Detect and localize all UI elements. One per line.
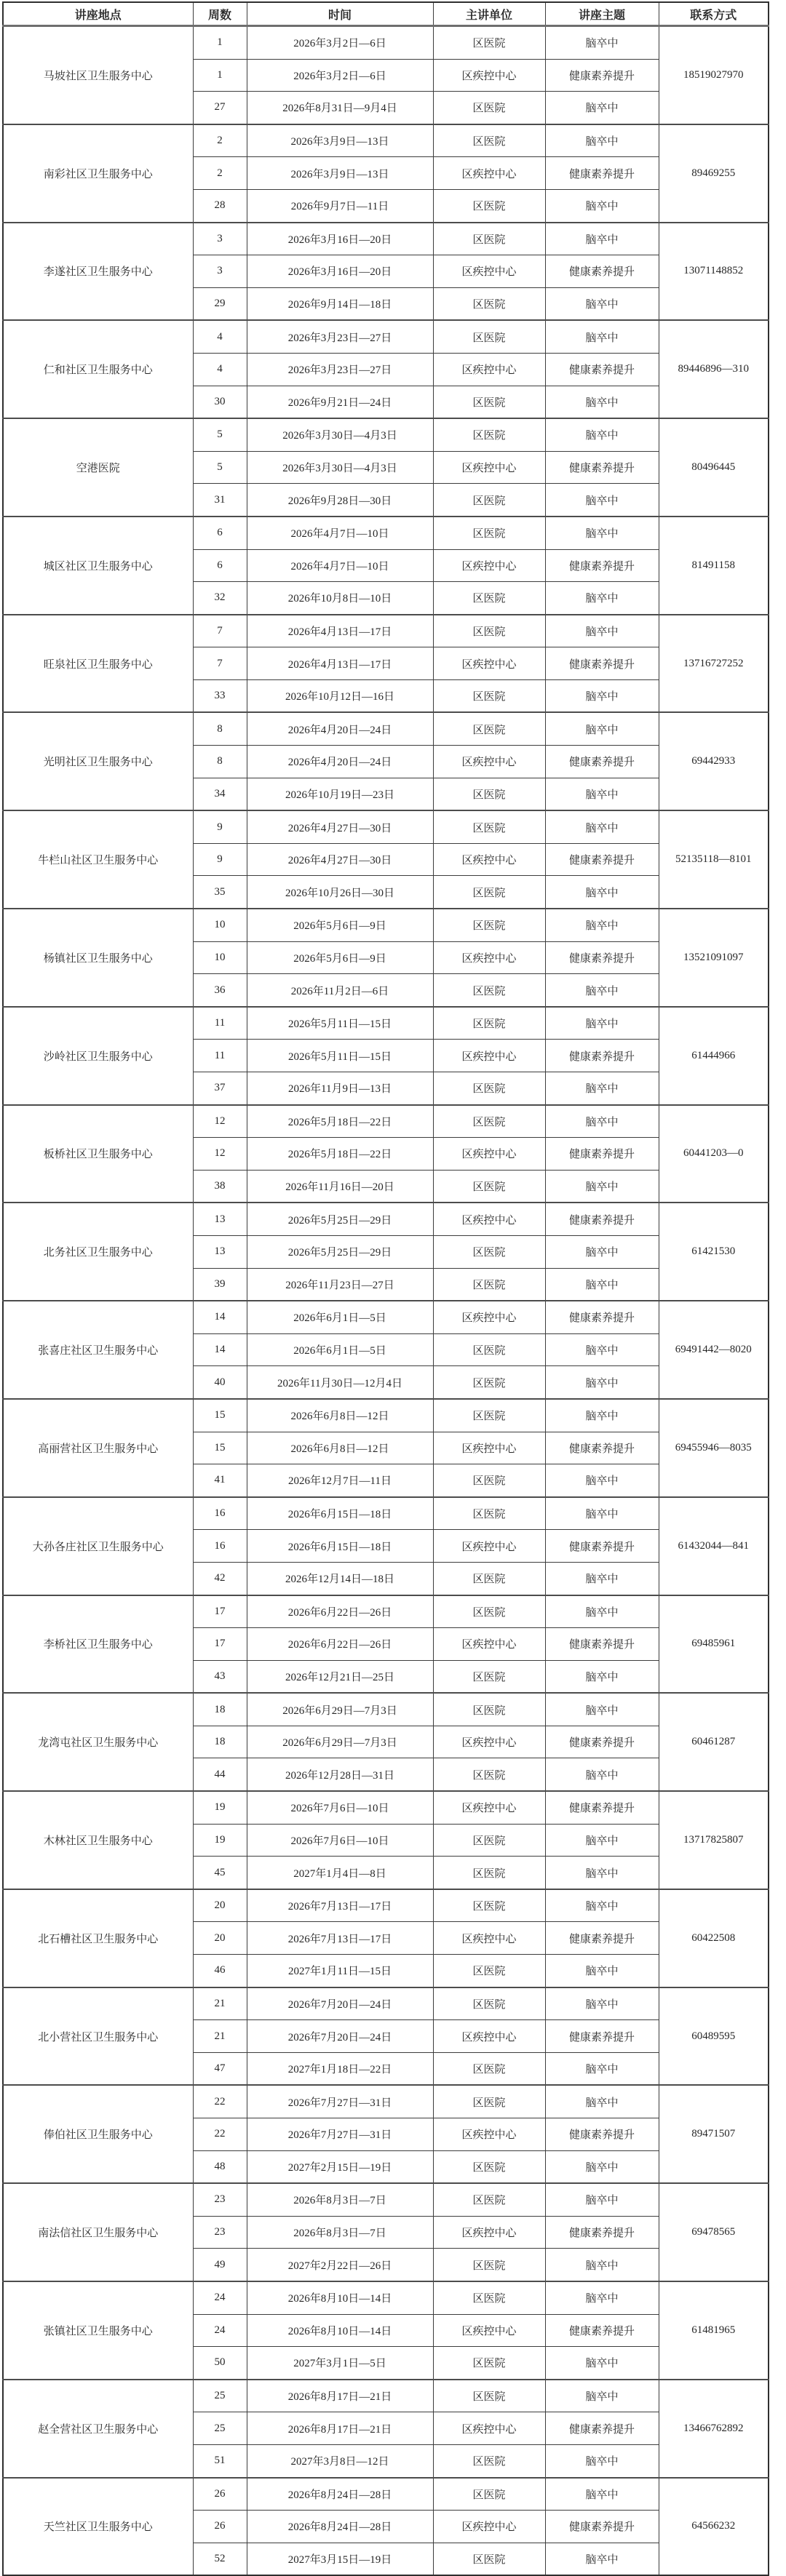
schedule-row: 马坡社区卫生服务中心12026年3月2日—6日区医院脑卒中18519027970 — [3, 26, 769, 60]
topic-cell: 健康素养提升 — [545, 255, 659, 288]
time-cell: 2026年10月19日—23日 — [247, 778, 433, 810]
unit-cell: 区疾控中心 — [433, 647, 545, 680]
contact-cell: 61421530 — [659, 1203, 769, 1301]
unit-cell: 区医院 — [433, 26, 545, 60]
topic-cell: 脑卒中 — [545, 1955, 659, 1987]
week-cell: 42 — [193, 1562, 247, 1595]
unit-cell: 区医院 — [433, 1758, 545, 1791]
week-cell: 13 — [193, 1235, 247, 1268]
topic-cell: 脑卒中 — [545, 287, 659, 320]
topic-cell: 脑卒中 — [545, 2444, 659, 2477]
time-cell: 2026年8月10日—14日 — [247, 2314, 433, 2347]
unit-cell: 区医院 — [433, 1824, 545, 1857]
contact-cell: 69455946—8035 — [659, 1399, 769, 1497]
week-cell: 1 — [193, 26, 247, 60]
week-cell: 51 — [193, 2444, 247, 2477]
location-cell: 北小营社区卫生服务中心 — [3, 1987, 193, 2086]
week-cell: 21 — [193, 1987, 247, 2020]
week-cell: 49 — [193, 2249, 247, 2281]
schedule-row: 空港医院52026年3月30日—4月3日区医院脑卒中80496445 — [3, 418, 769, 451]
week-cell: 41 — [193, 1464, 247, 1497]
time-cell: 2026年4月7日—10日 — [247, 549, 433, 582]
unit-cell: 区疾控中心 — [433, 2020, 545, 2053]
time-cell: 2026年6月8日—12日 — [247, 1399, 433, 1432]
week-cell: 7 — [193, 647, 247, 680]
unit-cell: 区医院 — [433, 712, 545, 745]
week-cell: 16 — [193, 1497, 247, 1530]
contact-cell: 64566232 — [659, 2478, 769, 2576]
time-cell: 2026年3月2日—6日 — [247, 26, 433, 60]
time-cell: 2026年6月15日—18日 — [247, 1530, 433, 1563]
time-cell: 2026年5月11日—15日 — [247, 1007, 433, 1040]
topic-cell: 脑卒中 — [545, 189, 659, 222]
time-cell: 2026年3月16日—20日 — [247, 223, 433, 255]
unit-cell: 区医院 — [433, 1399, 545, 1432]
week-cell: 20 — [193, 1889, 247, 1922]
schedule-row: 龙湾屯社区卫生服务中心182026年6月29日—7月3日区医院脑卒中604612… — [3, 1693, 769, 1726]
topic-cell: 健康素养提升 — [545, 1530, 659, 1563]
week-cell: 14 — [193, 1333, 247, 1366]
unit-cell: 区医院 — [433, 189, 545, 222]
unit-cell: 区医院 — [433, 92, 545, 124]
unit-cell: 区医院 — [433, 1366, 545, 1399]
topic-cell: 脑卒中 — [545, 2543, 659, 2575]
unit-cell: 区医院 — [433, 386, 545, 418]
unit-cell: 区医院 — [433, 484, 545, 517]
contact-cell: 61481965 — [659, 2281, 769, 2380]
time-cell: 2026年6月29日—7月3日 — [247, 1693, 433, 1726]
unit-cell: 区医院 — [433, 418, 545, 451]
time-cell: 2026年6月8日—12日 — [247, 1432, 433, 1464]
contact-cell: 81491158 — [659, 517, 769, 615]
topic-cell: 脑卒中 — [545, 582, 659, 615]
unit-cell: 区医院 — [433, 320, 545, 353]
schedule-row: 城区社区卫生服务中心62026年4月7日—10日区医院脑卒中81491158 — [3, 517, 769, 549]
week-cell: 12 — [193, 1105, 247, 1138]
contact-cell: 89446896—310 — [659, 320, 769, 418]
topic-cell: 脑卒中 — [545, 124, 659, 157]
schedule-row: 高丽营社区卫生服务中心152026年6月8日—12日区医院脑卒中69455946… — [3, 1399, 769, 1432]
unit-cell: 区疾控中心 — [433, 549, 545, 582]
contact-cell: 18519027970 — [659, 26, 769, 124]
time-cell: 2026年5月18日—22日 — [247, 1105, 433, 1138]
topic-cell: 脑卒中 — [545, 2347, 659, 2380]
time-cell: 2026年3月2日—6日 — [247, 59, 433, 92]
week-cell: 45 — [193, 1857, 247, 1889]
location-cell: 牛栏山社区卫生服务中心 — [3, 810, 193, 909]
contact-cell: 80496445 — [659, 418, 769, 517]
time-cell: 2027年2月15日—19日 — [247, 2150, 433, 2183]
unit-cell: 区疾控中心 — [433, 255, 545, 288]
schedule-row: 沙岭社区卫生服务中心112026年5月11日—15日区医院脑卒中61444966 — [3, 1007, 769, 1040]
unit-cell: 区疾控中心 — [433, 2216, 545, 2249]
unit-cell: 区医院 — [433, 876, 545, 909]
topic-cell: 脑卒中 — [545, 679, 659, 712]
unit-cell: 区医院 — [433, 1693, 545, 1726]
week-cell: 19 — [193, 1791, 247, 1824]
contact-cell: 13521091097 — [659, 909, 769, 1007]
week-cell: 25 — [193, 2380, 247, 2412]
topic-cell: 脑卒中 — [545, 1464, 659, 1497]
time-cell: 2026年8月31日—9月4日 — [247, 92, 433, 124]
unit-cell: 区医院 — [433, 2183, 545, 2216]
time-cell: 2026年5月6日—9日 — [247, 909, 433, 941]
week-cell: 39 — [193, 1268, 247, 1301]
unit-cell: 区疾控中心 — [433, 1791, 545, 1824]
time-cell: 2026年12月14日—18日 — [247, 1562, 433, 1595]
time-cell: 2026年5月6日—9日 — [247, 941, 433, 974]
unit-cell: 区医院 — [433, 1105, 545, 1138]
time-cell: 2026年3月30日—4月3日 — [247, 451, 433, 484]
week-cell: 47 — [193, 2052, 247, 2085]
topic-cell: 健康素养提升 — [545, 2118, 659, 2151]
contact-cell: 13716727252 — [659, 615, 769, 713]
week-cell: 9 — [193, 843, 247, 876]
location-cell: 北石槽社区卫生服务中心 — [3, 1889, 193, 1987]
time-cell: 2026年8月17日—21日 — [247, 2380, 433, 2412]
week-cell: 15 — [193, 1399, 247, 1432]
schedule-row: 赵全营社区卫生服务中心252026年8月17日—21日区医院脑卒中1346676… — [3, 2380, 769, 2412]
header-location: 讲座地点 — [3, 2, 193, 26]
topic-cell: 健康素养提升 — [545, 1791, 659, 1824]
location-cell: 南法信社区卫生服务中心 — [3, 2183, 193, 2281]
time-cell: 2026年8月3日—7日 — [247, 2216, 433, 2249]
week-cell: 6 — [193, 549, 247, 582]
unit-cell: 区医院 — [433, 1660, 545, 1693]
unit-cell: 区医院 — [433, 2380, 545, 2412]
week-cell: 11 — [193, 1040, 247, 1072]
unit-cell: 区疾控中心 — [433, 157, 545, 190]
topic-cell: 脑卒中 — [545, 92, 659, 124]
unit-cell: 区疾控中心 — [433, 451, 545, 484]
contact-cell: 52135118—8101 — [659, 810, 769, 909]
location-cell: 南彩社区卫生服务中心 — [3, 124, 193, 223]
week-cell: 37 — [193, 1072, 247, 1105]
location-cell: 赵全营社区卫生服务中心 — [3, 2380, 193, 2478]
week-cell: 10 — [193, 909, 247, 941]
contact-cell: 60489595 — [659, 1987, 769, 2086]
topic-cell: 健康素养提升 — [545, 451, 659, 484]
location-cell: 城区社区卫生服务中心 — [3, 517, 193, 615]
week-cell: 52 — [193, 2543, 247, 2575]
topic-cell: 脑卒中 — [545, 484, 659, 517]
contact-cell: 13466762892 — [659, 2380, 769, 2478]
topic-cell: 脑卒中 — [545, 2085, 659, 2118]
time-cell: 2027年1月11日—15日 — [247, 1955, 433, 1987]
topic-cell: 脑卒中 — [545, 2183, 659, 2216]
week-cell: 14 — [193, 1301, 247, 1333]
contact-cell: 13717825807 — [659, 1791, 769, 1889]
topic-cell: 脑卒中 — [545, 1987, 659, 2020]
table-body: 马坡社区卫生服务中心12026年3月2日—6日区医院脑卒中18519027970… — [3, 26, 769, 2576]
topic-cell: 脑卒中 — [545, 26, 659, 60]
schedule-row: 北小营社区卫生服务中心212026年7月20日—24日区医院脑卒中6048959… — [3, 1987, 769, 2020]
topic-cell: 脑卒中 — [545, 712, 659, 745]
time-cell: 2026年7月13日—17日 — [247, 1889, 433, 1922]
unit-cell: 区医院 — [433, 2444, 545, 2477]
topic-cell: 健康素养提升 — [545, 2412, 659, 2445]
unit-cell: 区医院 — [433, 1235, 545, 1268]
time-cell: 2026年8月17日—21日 — [247, 2412, 433, 2445]
unit-cell: 区医院 — [433, 1857, 545, 1889]
topic-cell: 健康素养提升 — [545, 2511, 659, 2543]
topic-cell: 脑卒中 — [545, 1072, 659, 1105]
unit-cell: 区疾控中心 — [433, 1530, 545, 1563]
week-cell: 31 — [193, 484, 247, 517]
header-row: 讲座地点 周数 时间 主讲单位 讲座主题 联系方式 — [3, 2, 769, 26]
week-cell: 17 — [193, 1595, 247, 1628]
topic-cell: 健康素养提升 — [545, 746, 659, 778]
header-topic: 讲座主题 — [545, 2, 659, 26]
time-cell: 2026年4月7日—10日 — [247, 517, 433, 549]
unit-cell: 区医院 — [433, 2052, 545, 2085]
schedule-row: 俸伯社区卫生服务中心222026年7月27日—31日区医院脑卒中89471507 — [3, 2085, 769, 2118]
contact-cell: 60461287 — [659, 1693, 769, 1791]
header-week: 周数 — [193, 2, 247, 26]
schedule-row: 南法信社区卫生服务中心232026年8月3日—7日区医院脑卒中69478565 — [3, 2183, 769, 2216]
schedule-row: 仁和社区卫生服务中心42026年3月23日—27日区医院脑卒中89446896—… — [3, 320, 769, 353]
unit-cell: 区疾控中心 — [433, 2118, 545, 2151]
week-cell: 46 — [193, 1955, 247, 1987]
week-cell: 3 — [193, 223, 247, 255]
time-cell: 2026年4月27日—30日 — [247, 843, 433, 876]
time-cell: 2026年9月21日—24日 — [247, 386, 433, 418]
time-cell: 2027年3月1日—5日 — [247, 2347, 433, 2380]
time-cell: 2026年11月23日—27日 — [247, 1268, 433, 1301]
time-cell: 2027年2月22日—26日 — [247, 2249, 433, 2281]
schedule-row: 大孙各庄社区卫生服务中心162026年6月15日—18日区医院脑卒中614320… — [3, 1497, 769, 1530]
header-time: 时间 — [247, 2, 433, 26]
unit-cell: 区医院 — [433, 2543, 545, 2575]
location-cell: 光明社区卫生服务中心 — [3, 712, 193, 810]
time-cell: 2026年7月20日—24日 — [247, 1987, 433, 2020]
unit-cell: 区疾控中心 — [433, 1040, 545, 1072]
topic-cell: 脑卒中 — [545, 1366, 659, 1399]
week-cell: 44 — [193, 1758, 247, 1791]
topic-cell: 脑卒中 — [545, 909, 659, 941]
topic-cell: 健康素养提升 — [545, 1726, 659, 1758]
time-cell: 2026年4月20日—24日 — [247, 746, 433, 778]
lecture-schedule-document: 讲座地点 周数 时间 主讲单位 讲座主题 联系方式 马坡社区卫生服务中心1202… — [0, 0, 786, 2576]
unit-cell: 区医院 — [433, 2281, 545, 2314]
topic-cell: 脑卒中 — [545, 386, 659, 418]
location-cell: 俸伯社区卫生服务中心 — [3, 2085, 193, 2183]
week-cell: 23 — [193, 2183, 247, 2216]
time-cell: 2026年9月28日—30日 — [247, 484, 433, 517]
location-cell: 李遂社区卫生服务中心 — [3, 223, 193, 321]
location-cell: 板桥社区卫生服务中心 — [3, 1105, 193, 1203]
week-cell: 20 — [193, 1922, 247, 1955]
time-cell: 2026年7月27日—31日 — [247, 2085, 433, 2118]
time-cell: 2026年9月14日—18日 — [247, 287, 433, 320]
topic-cell: 脑卒中 — [545, 517, 659, 549]
topic-cell: 脑卒中 — [545, 1333, 659, 1366]
topic-cell: 健康素养提升 — [545, 1432, 659, 1464]
week-cell: 21 — [193, 2020, 247, 2053]
topic-cell: 健康素养提升 — [545, 1922, 659, 1955]
time-cell: 2026年3月9日—13日 — [247, 157, 433, 190]
week-cell: 6 — [193, 517, 247, 549]
unit-cell: 区医院 — [433, 615, 545, 647]
week-cell: 7 — [193, 615, 247, 647]
contact-cell: 89469255 — [659, 124, 769, 223]
unit-cell: 区医院 — [433, 124, 545, 157]
location-cell: 空港医院 — [3, 418, 193, 517]
time-cell: 2026年11月9日—13日 — [247, 1072, 433, 1105]
week-cell: 28 — [193, 189, 247, 222]
week-cell: 12 — [193, 1138, 247, 1171]
topic-cell: 脑卒中 — [545, 1268, 659, 1301]
time-cell: 2026年6月29日—7月3日 — [247, 1726, 433, 1758]
week-cell: 36 — [193, 974, 247, 1007]
location-cell: 天竺社区卫生服务中心 — [3, 2478, 193, 2576]
topic-cell: 健康素养提升 — [545, 1628, 659, 1661]
unit-cell: 区医院 — [433, 1955, 545, 1987]
week-cell: 50 — [193, 2347, 247, 2380]
topic-cell: 脑卒中 — [545, 2052, 659, 2085]
week-cell: 8 — [193, 712, 247, 745]
week-cell: 43 — [193, 1660, 247, 1693]
topic-cell: 脑卒中 — [545, 615, 659, 647]
topic-cell: 健康素养提升 — [545, 549, 659, 582]
week-cell: 24 — [193, 2314, 247, 2347]
topic-cell: 健康素养提升 — [545, 59, 659, 92]
schedule-row: 李遂社区卫生服务中心32026年3月16日—20日区医院脑卒中130711488… — [3, 223, 769, 255]
location-cell: 杨镇社区卫生服务中心 — [3, 909, 193, 1007]
time-cell: 2026年11月30日—12月4日 — [247, 1366, 433, 1399]
week-cell: 29 — [193, 287, 247, 320]
time-cell: 2027年1月4日—8日 — [247, 1857, 433, 1889]
week-cell: 23 — [193, 2216, 247, 2249]
unit-cell: 区疾控中心 — [433, 746, 545, 778]
week-cell: 40 — [193, 1366, 247, 1399]
topic-cell: 脑卒中 — [545, 320, 659, 353]
schedule-row: 杨镇社区卫生服务中心102026年5月6日—9日区医院脑卒中1352109109… — [3, 909, 769, 941]
time-cell: 2026年4月13日—17日 — [247, 647, 433, 680]
topic-cell: 脑卒中 — [545, 2281, 659, 2314]
week-cell: 25 — [193, 2412, 247, 2445]
week-cell: 34 — [193, 778, 247, 810]
location-cell: 龙湾屯社区卫生服务中心 — [3, 1693, 193, 1791]
topic-cell: 脑卒中 — [545, 1235, 659, 1268]
contact-cell: 89471507 — [659, 2085, 769, 2183]
lecture-schedule-table: 讲座地点 周数 时间 主讲单位 讲座主题 联系方式 马坡社区卫生服务中心1202… — [2, 1, 769, 2576]
time-cell: 2026年7月6日—10日 — [247, 1824, 433, 1857]
topic-cell: 脑卒中 — [545, 1889, 659, 1922]
week-cell: 10 — [193, 941, 247, 974]
time-cell: 2026年11月16日—20日 — [247, 1170, 433, 1203]
location-cell: 北务社区卫生服务中心 — [3, 1203, 193, 1301]
contact-cell: 60422508 — [659, 1889, 769, 1987]
week-cell: 4 — [193, 353, 247, 386]
unit-cell: 区医院 — [433, 582, 545, 615]
week-cell: 33 — [193, 679, 247, 712]
time-cell: 2026年10月26日—30日 — [247, 876, 433, 909]
time-cell: 2026年5月11日—15日 — [247, 1040, 433, 1072]
week-cell: 48 — [193, 2150, 247, 2183]
schedule-row: 张镇社区卫生服务中心242026年8月10日—14日区医院脑卒中61481965 — [3, 2281, 769, 2314]
topic-cell: 脑卒中 — [545, 1170, 659, 1203]
topic-cell: 健康素养提升 — [545, 647, 659, 680]
unit-cell: 区疾控中心 — [433, 2314, 545, 2347]
location-cell: 仁和社区卫生服务中心 — [3, 320, 193, 418]
time-cell: 2026年3月9日—13日 — [247, 124, 433, 157]
contact-cell: 13071148852 — [659, 223, 769, 321]
unit-cell: 区疾控中心 — [433, 1138, 545, 1171]
week-cell: 16 — [193, 1530, 247, 1563]
time-cell: 2026年6月22日—26日 — [247, 1595, 433, 1628]
time-cell: 2026年7月6日—10日 — [247, 1791, 433, 1824]
location-cell: 张喜庄社区卫生服务中心 — [3, 1301, 193, 1399]
week-cell: 22 — [193, 2118, 247, 2151]
unit-cell: 区医院 — [433, 1268, 545, 1301]
week-cell: 9 — [193, 810, 247, 843]
time-cell: 2026年6月15日—18日 — [247, 1497, 433, 1530]
time-cell: 2026年4月27日—30日 — [247, 810, 433, 843]
topic-cell: 健康素养提升 — [545, 353, 659, 386]
week-cell: 27 — [193, 92, 247, 124]
topic-cell: 脑卒中 — [545, 1562, 659, 1595]
time-cell: 2027年3月8日—12日 — [247, 2444, 433, 2477]
time-cell: 2026年8月24日—28日 — [247, 2478, 433, 2511]
unit-cell: 区疾控中心 — [433, 59, 545, 92]
week-cell: 22 — [193, 2085, 247, 2118]
week-cell: 11 — [193, 1007, 247, 1040]
time-cell: 2026年7月27日—31日 — [247, 2118, 433, 2151]
time-cell: 2026年8月3日—7日 — [247, 2183, 433, 2216]
unit-cell: 区医院 — [433, 2478, 545, 2511]
unit-cell: 区医院 — [433, 1072, 545, 1105]
unit-cell: 区医院 — [433, 778, 545, 810]
unit-cell: 区医院 — [433, 810, 545, 843]
time-cell: 2026年12月7日—11日 — [247, 1464, 433, 1497]
topic-cell: 脑卒中 — [545, 418, 659, 451]
week-cell: 5 — [193, 418, 247, 451]
time-cell: 2026年6月1日—5日 — [247, 1301, 433, 1333]
week-cell: 2 — [193, 157, 247, 190]
time-cell: 2026年3月30日—4月3日 — [247, 418, 433, 451]
unit-cell: 区医院 — [433, 1562, 545, 1595]
unit-cell: 区医院 — [433, 287, 545, 320]
topic-cell: 脑卒中 — [545, 1824, 659, 1857]
unit-cell: 区医院 — [433, 2085, 545, 2118]
topic-cell: 健康素养提升 — [545, 1138, 659, 1171]
topic-cell: 脑卒中 — [545, 1497, 659, 1530]
topic-cell: 脑卒中 — [545, 2249, 659, 2281]
unit-cell: 区医院 — [433, 679, 545, 712]
topic-cell: 脑卒中 — [545, 1595, 659, 1628]
topic-cell: 脑卒中 — [545, 2150, 659, 2183]
unit-cell: 区医院 — [433, 2150, 545, 2183]
unit-cell: 区医院 — [433, 2347, 545, 2380]
week-cell: 13 — [193, 1203, 247, 1235]
unit-cell: 区医院 — [433, 1595, 545, 1628]
unit-cell: 区疾控中心 — [433, 941, 545, 974]
week-cell: 18 — [193, 1693, 247, 1726]
unit-cell: 区医院 — [433, 1333, 545, 1366]
week-cell: 1 — [193, 59, 247, 92]
time-cell: 2026年4月20日—24日 — [247, 712, 433, 745]
location-cell: 高丽营社区卫生服务中心 — [3, 1399, 193, 1497]
topic-cell: 脑卒中 — [545, 810, 659, 843]
contact-cell: 69485961 — [659, 1595, 769, 1694]
unit-cell: 区疾控中心 — [433, 843, 545, 876]
time-cell: 2026年8月10日—14日 — [247, 2281, 433, 2314]
topic-cell: 脑卒中 — [545, 1758, 659, 1791]
location-cell: 张镇社区卫生服务中心 — [3, 2281, 193, 2380]
week-cell: 3 — [193, 255, 247, 288]
unit-cell: 区医院 — [433, 1007, 545, 1040]
